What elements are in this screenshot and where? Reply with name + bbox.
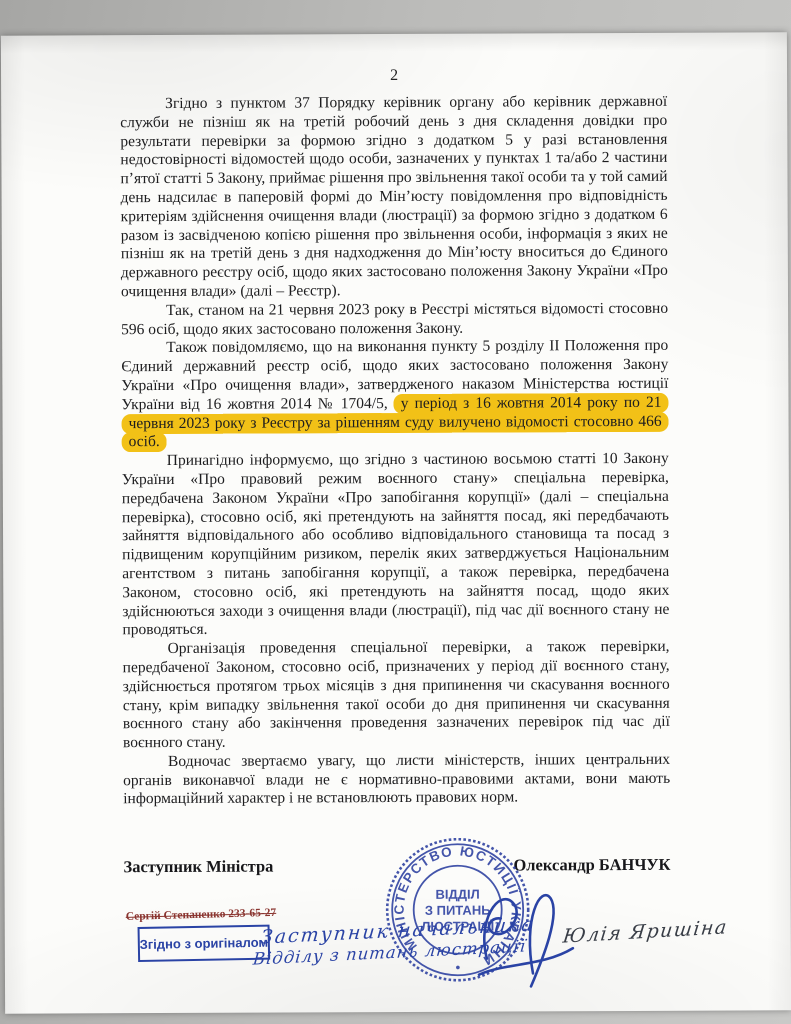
stamp-separator-dot: • [456, 960, 461, 975]
certified-copy-stamp: Згідно з оригіналом [138, 925, 271, 962]
scanned-letter-page: { "page": { "number": "2" }, "letter": {… [0, 0, 791, 1024]
paragraph-6: Водночас звертаємо увагу, що листи мініс… [123, 751, 670, 810]
paragraph-4: Принагідно інформуємо, що згідно з части… [122, 450, 670, 640]
executor-contact: Сергій Степаненко 233-65-27 [126, 907, 277, 923]
paper-sheet: 2 Згідно з пунктом 37 Порядку керівник о… [1, 32, 791, 1013]
paragraph-2: Так, станом на 21 червня 2023 року в Реє… [121, 300, 668, 340]
paragraph-5: Організація проведення спеціальної перев… [123, 638, 670, 753]
signer-position: Заступник Міністра [123, 857, 273, 878]
handwritten-signature-name: Юлія Яришіна [562, 916, 730, 948]
signature-flourish [473, 878, 579, 998]
letter-body: Згідно з пунктом 37 Порядку керівник орг… [120, 93, 670, 810]
paragraph-3: Також повідомляємо, що на виконання пунк… [121, 337, 668, 452]
signer-name: Олександр БАНЧУК [513, 855, 670, 876]
page-number: 2 [1, 65, 787, 86]
paragraph-1: Згідно з пунктом 37 Порядку керівник орг… [120, 93, 668, 302]
